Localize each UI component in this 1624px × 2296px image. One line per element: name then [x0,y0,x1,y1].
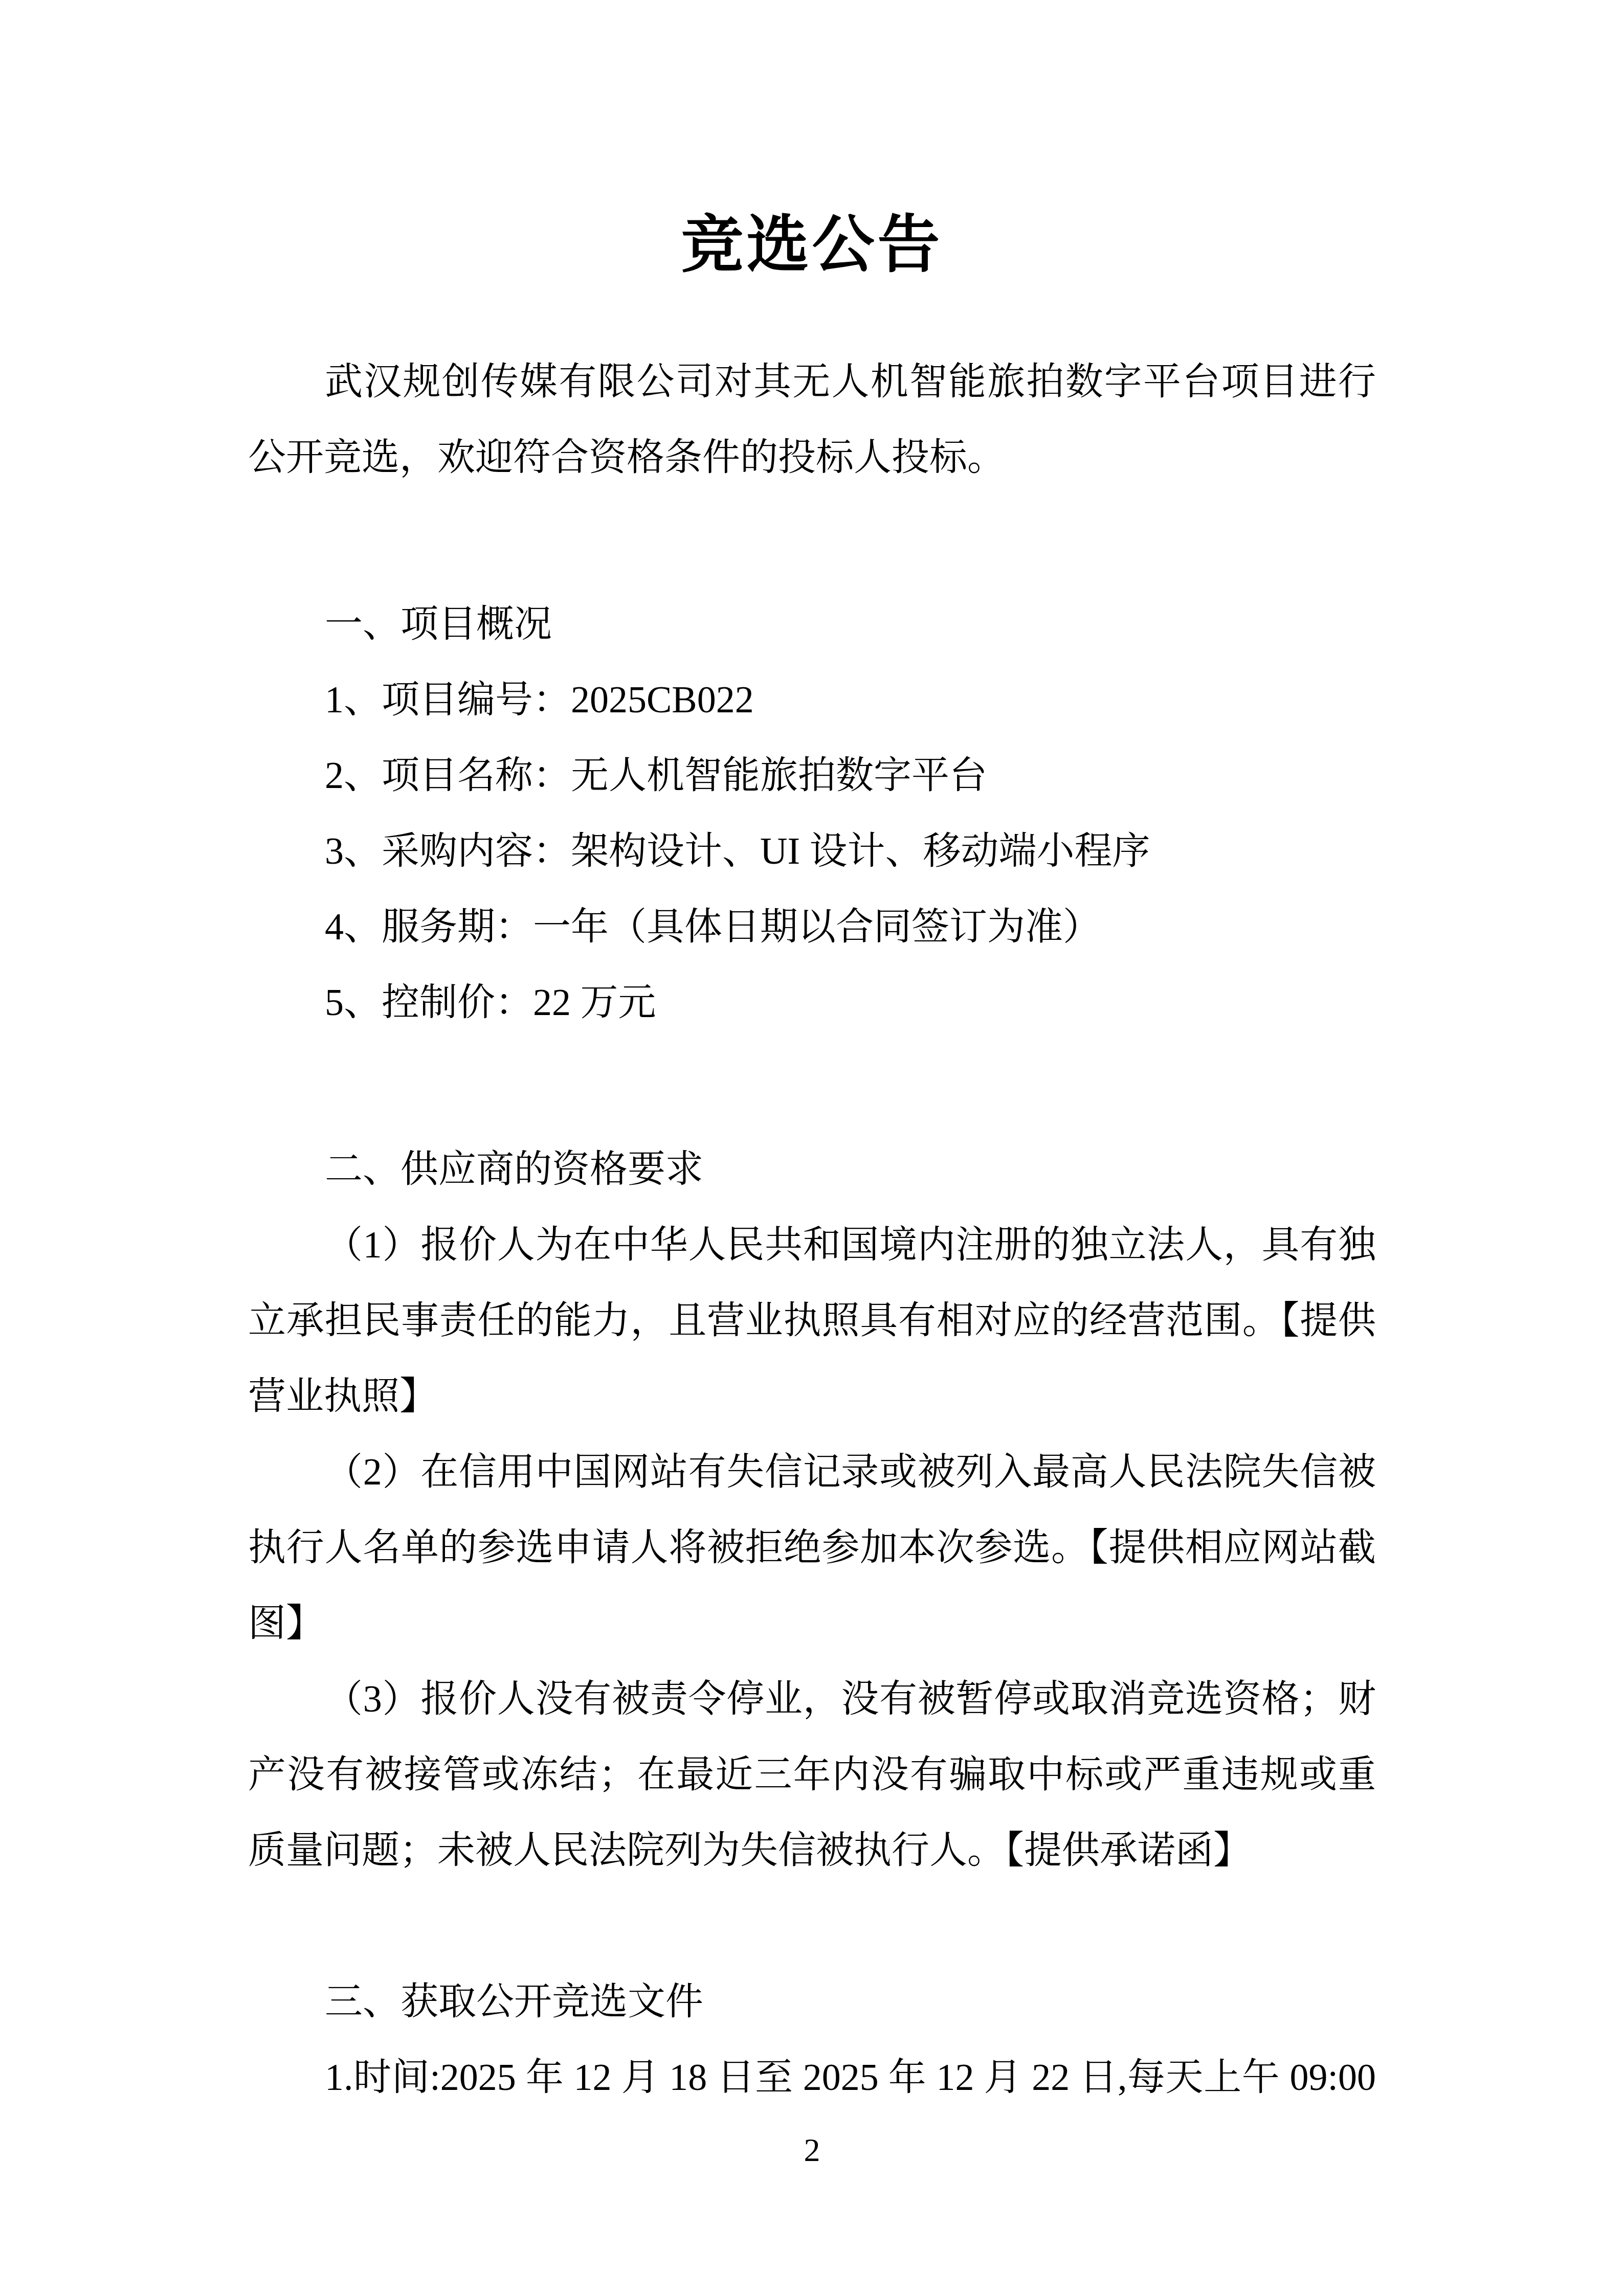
section-obtain-documents: 三、获取公开竞选文件 1.时间:2025 年 12 月 18 日至 2025 年… [248,1964,1376,2115]
qualification-paragraph-3: （3）报价人没有被责令停业，没有被暂停或取消竞选资格；财 产没有被接管或冻结；在… [248,1661,1376,1888]
qualification-paragraph-2: （2）在信用中国网站有失信记录或被列入最高人民法院失信被 执行人名单的参选申请人… [248,1434,1376,1661]
document-title: 竞选公告 [248,207,1376,284]
paragraph-line: 立承担民事责任的能力，且营业执照具有相对应的经营范围。【提供 [248,1283,1376,1359]
list-item-project-number: 1、项目编号：2025CB022 [248,662,1376,738]
paragraph-line: 图】 [248,1586,1376,1661]
section-supplier-qualifications: 二、供应商的资格要求 （1）报价人为在中华人民共和国境内注册的独立法人，具有独 … [248,1132,1376,1888]
document-content: 竞选公告 武汉规创传媒有限公司对其无人机智能旅拍数字平台项目进行 公开竞选，欢迎… [248,0,1376,2115]
list-item-procurement-content: 3、采购内容：架构设计、UI 设计、移动端小程序 [248,814,1376,889]
paragraph-line: 营业执照】 [248,1359,1376,1434]
section-project-overview: 一、项目概况 1、项目编号：2025CB022 2、项目名称：无人机智能旅拍数字… [248,587,1376,1041]
page-number: 2 [0,2127,1624,2173]
document-page: 竞选公告 武汉规创传媒有限公司对其无人机智能旅拍数字平台项目进行 公开竞选，欢迎… [0,0,1624,2296]
paragraph-line: 质量问题；未被人民法院列为失信被执行人。【提供承诺函】 [248,1813,1376,1888]
list-item-project-name: 2、项目名称：无人机智能旅拍数字平台 [248,738,1376,814]
paragraph-line: （1）报价人为在中华人民共和国境内注册的独立法人，具有独 [248,1207,1376,1283]
intro-line: 武汉规创传媒有限公司对其无人机智能旅拍数字平台项目进行 [248,344,1376,420]
list-item-control-price: 5、控制价：22 万元 [248,965,1376,1041]
section-heading: 二、供应商的资格要求 [248,1132,1376,1207]
paragraph-line: 执行人名单的参选申请人将被拒绝参加本次参选。【提供相应网站截 [248,1510,1376,1586]
qualification-paragraph-1: （1）报价人为在中华人民共和国境内注册的独立法人，具有独 立承担民事责任的能力，… [248,1207,1376,1434]
intro-line: 公开竞选，欢迎符合资格条件的投标人投标。 [248,420,1376,496]
list-item-service-period: 4、服务期：一年（具体日期以合同签订为准） [248,889,1376,965]
paragraph-line: 产没有被接管或冻结；在最近三年内没有骗取中标或严重违规或重大 [248,1737,1376,1813]
section-heading: 一、项目概况 [248,587,1376,662]
intro-paragraph: 武汉规创传媒有限公司对其无人机智能旅拍数字平台项目进行 公开竞选，欢迎符合资格条… [248,344,1376,496]
paragraph-line: （2）在信用中国网站有失信记录或被列入最高人民法院失信被 [248,1434,1376,1510]
paragraph-line: （3）报价人没有被责令停业，没有被暂停或取消竞选资格；财 [248,1661,1376,1737]
section-heading: 三、获取公开竞选文件 [248,1964,1376,2040]
list-item-time: 1.时间:2025 年 12 月 18 日至 2025 年 12 月 22 日,… [248,2040,1376,2115]
